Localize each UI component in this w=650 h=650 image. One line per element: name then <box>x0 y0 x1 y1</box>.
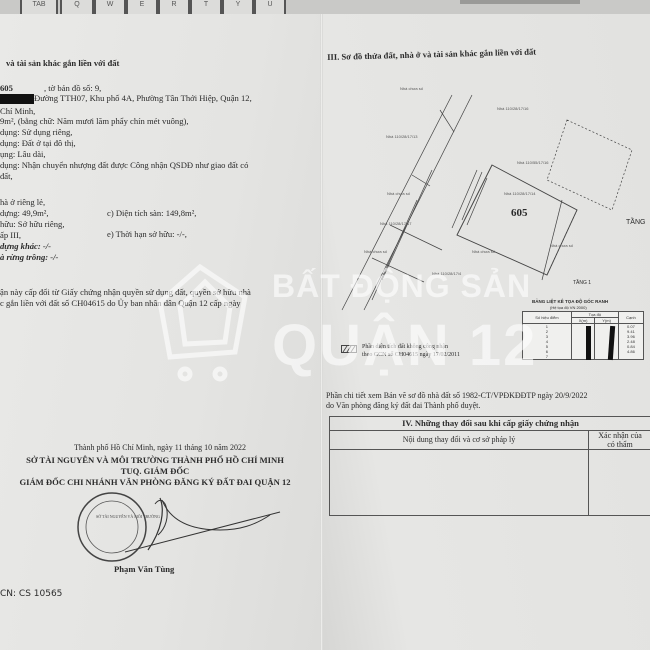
svg-text:Nhà 110/28/17/16: Nhà 110/28/17/16 <box>497 106 529 111</box>
tab-key: Y <box>222 0 254 14</box>
place-date: Thành phố Hồ Chí Minh, ngày 11 tháng 10 … <box>0 443 320 453</box>
svg-text:Nhà 110/28/17/14: Nhà 110/28/17/14 <box>504 191 536 196</box>
redaction-bar <box>0 94 34 104</box>
map-sheet: , tờ bản đồ số: 9, <box>44 83 101 93</box>
signer-name: Phạm Văn Tùng <box>114 564 174 574</box>
svg-text:Nhà chưa số: Nhà chưa số <box>550 243 574 248</box>
issuing-agency: SỞ TÀI NGUYÊN VÀ MÔI TRƯỜNG THÀNH PHỐ HỒ… <box>0 455 310 465</box>
svg-text:Nhà chưa số: Nhà chưa số <box>472 249 496 254</box>
svg-text:Nhà 110/28/17/17: Nhà 110/28/17/17 <box>380 221 412 226</box>
svg-text:Nhà chưa số: Nhà chưa số <box>387 191 411 196</box>
changes-col-confirm-line2: có thẩm <box>589 440 650 449</box>
usage-origin-cont: đất, <box>0 171 13 181</box>
svg-text:Nhà chưa số: Nhà chưa số <box>400 86 424 91</box>
tab-strip-edge <box>460 0 580 4</box>
signer-position: GIÁM ĐỐC CHI NHÁNH VĂN PHÒNG ĐĂNG KÝ ĐẤT… <box>0 477 310 487</box>
seal-text: SỞ TÀI NGUYÊN VÀ MÔI TRƯỜNG <box>96 512 160 522</box>
changes-col-confirm: Xác nhận của có thẩm <box>589 431 650 450</box>
usage-form: dụng: Sử dụng riêng, <box>0 127 72 137</box>
tab-key: T <box>190 0 222 14</box>
changes-title: IV. Những thay đổi sau khi cấp giấy chứn… <box>330 417 650 431</box>
tab-key: Q <box>60 0 94 14</box>
tab-key: W <box>94 0 126 14</box>
on-behalf: TUQ. GIÁM ĐỐC <box>0 466 310 476</box>
svg-text:Nhà chưa số: Nhà chưa số <box>364 249 388 254</box>
svg-text:Nhà 110/28/17/13: Nhà 110/28/17/13 <box>386 134 418 139</box>
ownership-term: e) Thời hạn sở hữu: -/-, <box>107 229 187 239</box>
coord-header: Cạnh <box>618 312 643 324</box>
coord-table: Số hiệu điểm Tọa độ Cạnh X(m) Y(m) 12345… <box>522 311 644 360</box>
city-line: Chí Minh, <box>0 106 35 116</box>
other-works: dựng khác: -/- <box>0 241 51 251</box>
parcel-number: 605 <box>0 83 13 93</box>
watermark-line-2: QUẬN 12 <box>272 312 537 379</box>
house-cart-logo-icon <box>150 262 260 382</box>
floor-label-partial: TẦNG <box>626 218 645 228</box>
area-line: 9m², (bằng chữ: Năm mươi lăm phẩy chín m… <box>0 116 189 126</box>
house-type: hà ở riêng lẻ, <box>0 197 45 207</box>
coord-y-values <box>595 324 619 360</box>
coord-edges: 0.079.413.962.480.844.86 <box>618 324 643 360</box>
build-area: dựng: 49,9m², <box>0 208 49 218</box>
changes-col-content: Nội dung thay đổi và cơ sở pháp lý <box>330 431 589 450</box>
changes-col-confirm-line1: Xác nhận của <box>589 431 650 440</box>
usage-origin: dụng: Nhận chuyển nhượng đất được Công n… <box>0 160 248 170</box>
parcel-number-label: 605 <box>511 208 528 218</box>
building-grade: ấp III, <box>0 230 21 240</box>
redaction-bar <box>608 326 615 360</box>
changes-table: IV. Những thay đổi sau khi cấp giấy chứn… <box>329 416 650 516</box>
detail-line-2: do Văn phòng đăng ký đất đai Thành phố d… <box>326 401 480 411</box>
certificate-number: CN: CS 10565 <box>0 589 62 599</box>
tab-key: E <box>126 0 158 14</box>
planted-forest: à rừng trồng: -/- <box>0 252 58 262</box>
usage-term: ụng: Lâu dài, <box>0 149 46 159</box>
address-line: Đường TTH07, Khu phố 4A, Phường Tân Thới… <box>34 93 252 103</box>
coord-x-values <box>571 324 595 360</box>
redaction-bar <box>586 326 591 360</box>
column-divider <box>588 449 589 515</box>
tab-key: TAB <box>20 0 58 14</box>
usage-purpose: dụng: Đất ở tại đô thị, <box>0 138 76 148</box>
floor-label: TẦNG 1 <box>573 278 591 288</box>
ownership-form: hữu: Sở hữu riêng, <box>0 219 64 229</box>
watermark-line-1: BẤT ĐỘNG SẢN <box>272 268 531 305</box>
tab-key: U <box>254 0 286 14</box>
seal-and-signature <box>70 490 310 570</box>
svg-text:Nhà 110/55/17/16: Nhà 110/55/17/16 <box>517 160 549 165</box>
tab-key: R <box>158 0 190 14</box>
top-tab-strip: TAB Q W E R T Y U <box>0 0 650 14</box>
detail-line-1: Phần chi tiết xem Bản vẽ sơ đồ nhà đất s… <box>326 391 587 401</box>
floor-area: c) Diện tích sàn: 149,8m², <box>107 208 196 218</box>
section-heading: và tài sản khác gắn liền với đất <box>6 58 119 68</box>
